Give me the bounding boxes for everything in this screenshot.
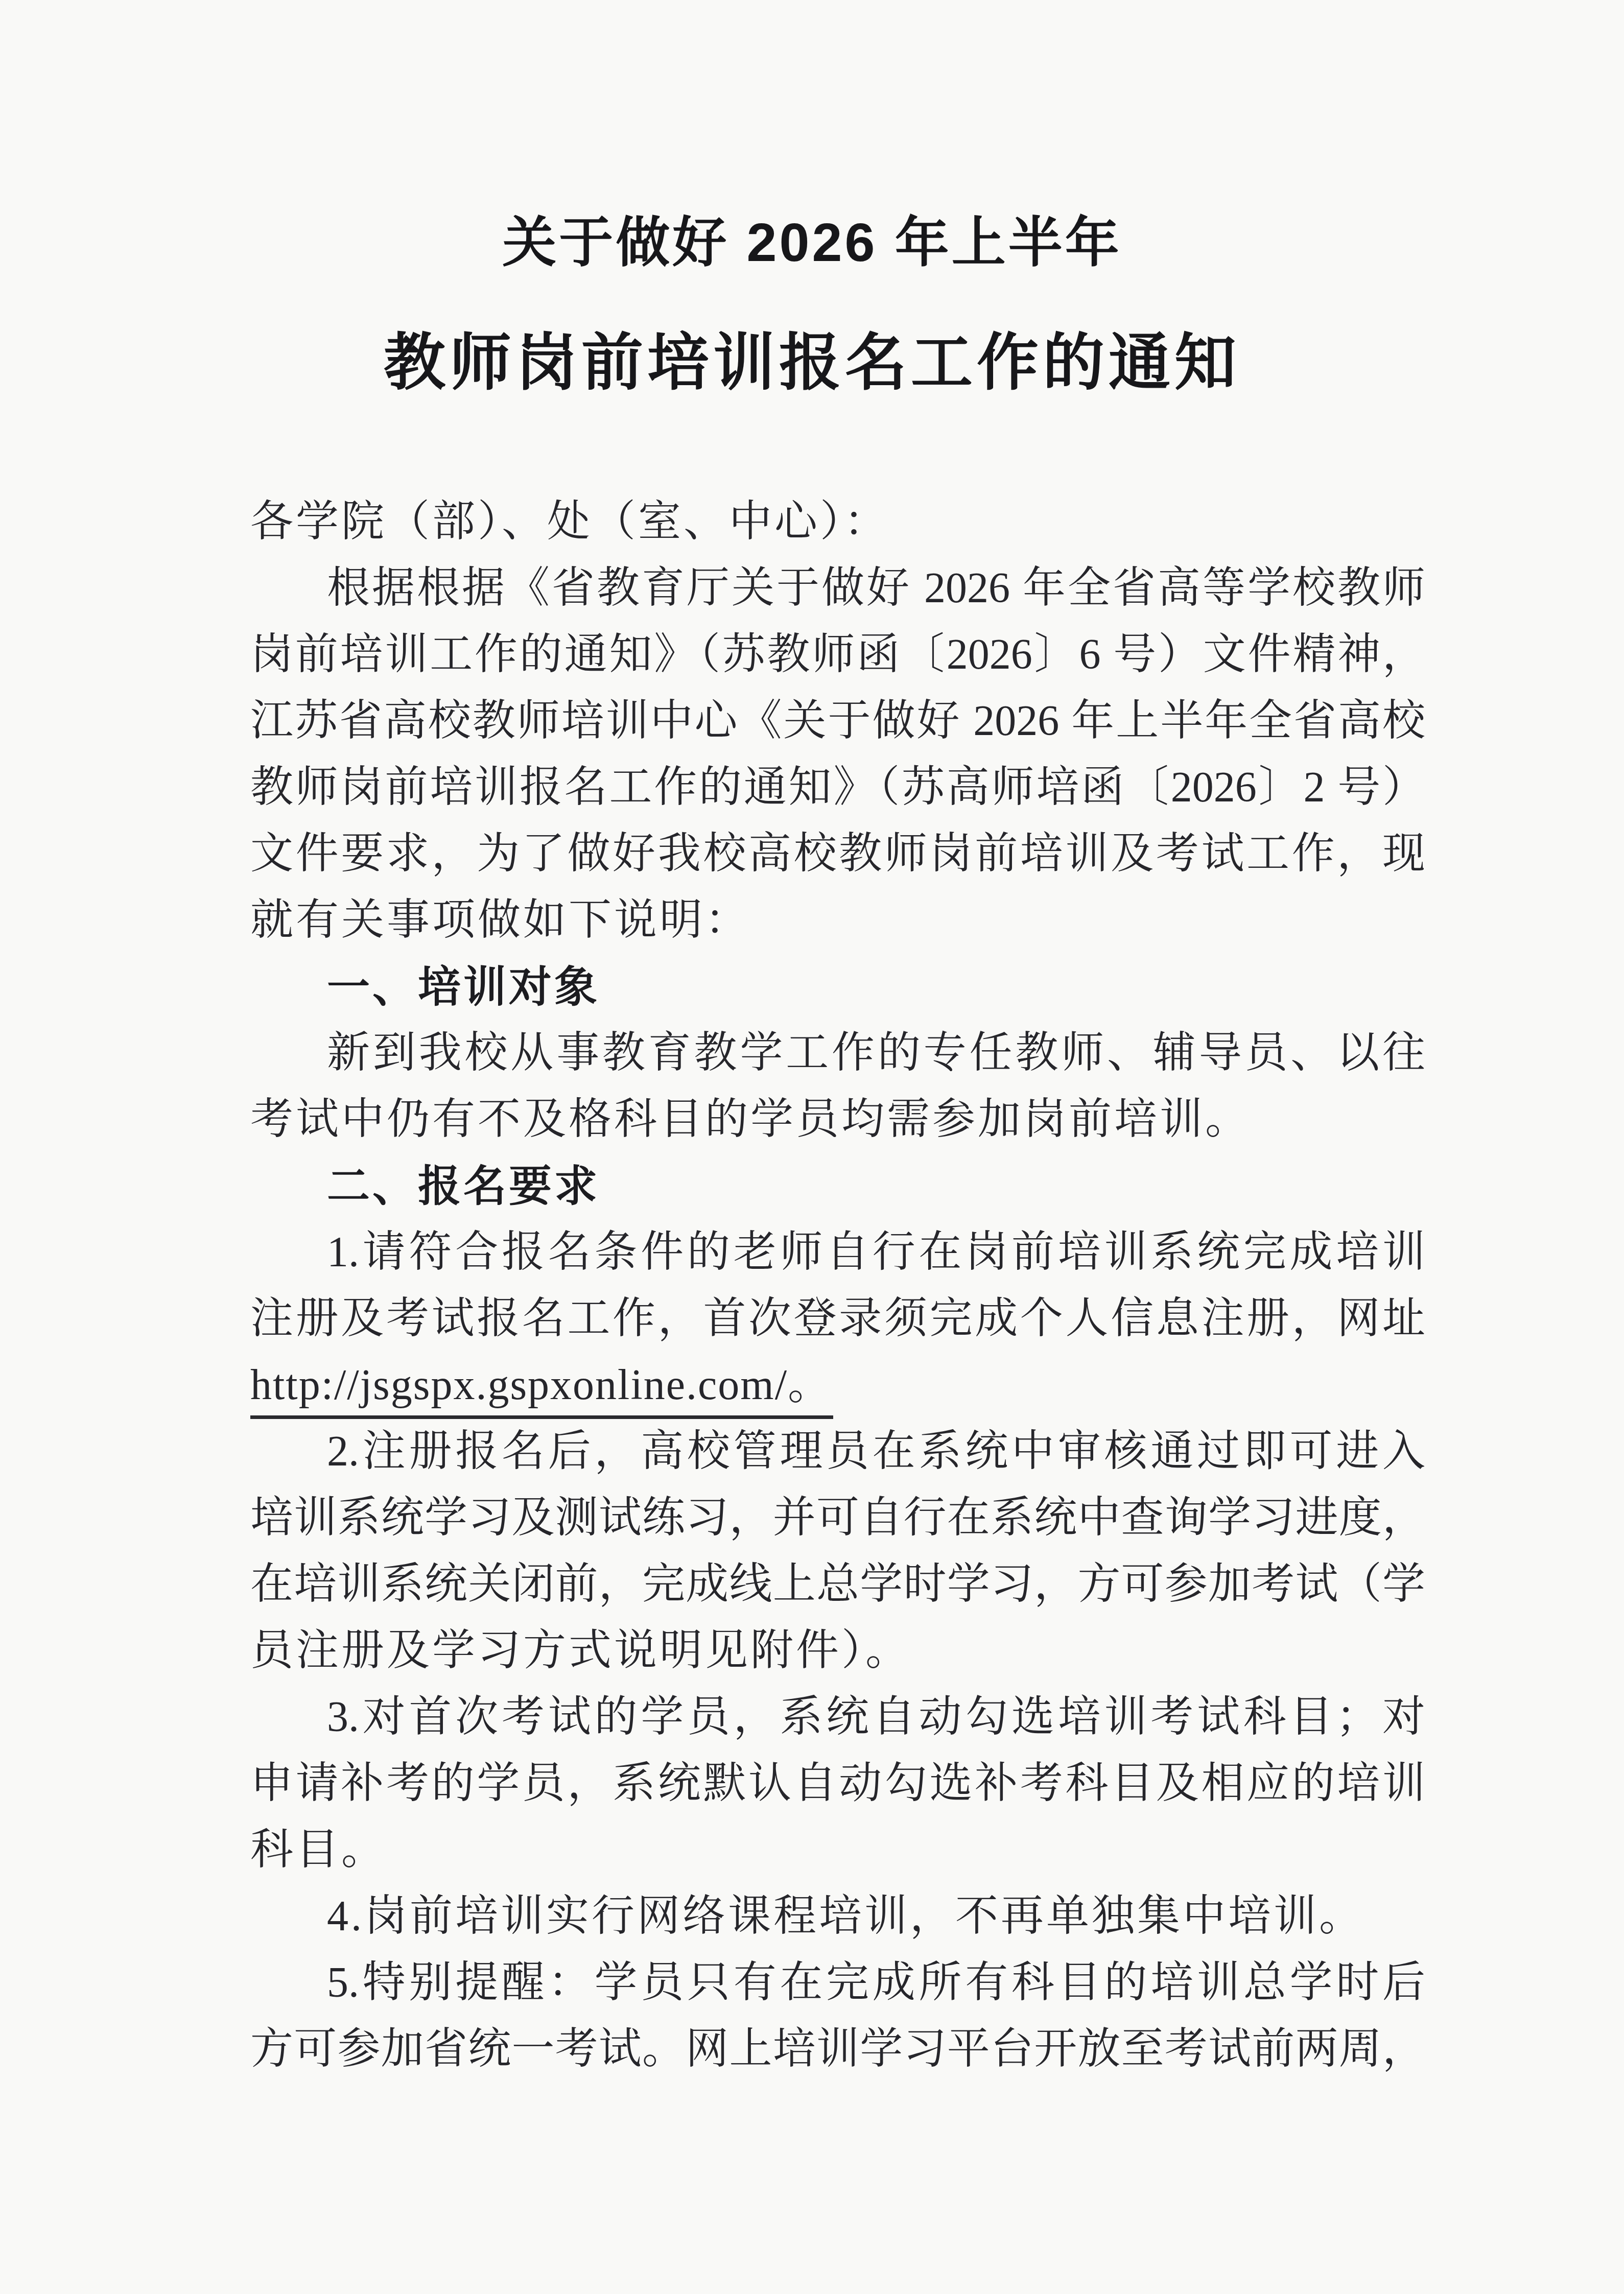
paragraph-line: 教师岗前培训报名工作的通知》（苏高师培函〔2026〕2 号） [250, 754, 1425, 821]
paragraph-line: 新到我校从事教育教学工作的专任教师、辅导员、以往 [250, 1020, 1425, 1086]
paragraph-line: 在培训系统关闭前，完成线上总学时学习，方可参加考试（学 [250, 1551, 1425, 1618]
paragraph-line: 3.对首次考试的学员，系统自动勾选培训考试科目；对 [250, 1684, 1425, 1751]
paragraph-line: 1.请符合报名条件的老师自行在岗前培训系统完成培训 [250, 1219, 1425, 1286]
document-page: 关于做好 2026 年上半年 教师岗前培训报名工作的通知 各学院（部）、处（室、… [0, 0, 1624, 2294]
paragraph-line: 4.岗前培训实行网络课程培训，不再单独集中培训。 [250, 1883, 1425, 1950]
paragraph-line: 培训系统学习及测试练习，并可自行在系统中查询学习进度， [250, 1485, 1425, 1551]
paragraph-line: 科目。 [250, 1817, 1425, 1883]
paragraph-line: 根据根据《省教育厅关于做好 2026 年全省高等学校教师 [250, 555, 1425, 622]
salutation-line: 各学院（部）、处（室、中心）： [250, 489, 1425, 555]
paragraph-line: 申请补考的学员，系统默认自动勾选补考科目及相应的培训 [250, 1751, 1425, 1817]
registration-url: http://jsgspx.gspxonline.com/ [250, 1361, 788, 1409]
document-body: 各学院（部）、处（室、中心）： 根据根据《省教育厅关于做好 2026 年全省高等… [250, 489, 1425, 2083]
section-heading-training-targets: 一、培训对象 [250, 954, 1425, 1020]
document-title-line-1: 关于做好 2026 年上半年 [0, 0, 1624, 278]
url-line: http://jsgspx.gspxonline.com/。 [250, 1352, 1425, 1418]
registration-url-underline: http://jsgspx.gspxonline.com/。 [250, 1357, 833, 1419]
paragraph-line: 注册及考试报名工作，首次登录须完成个人信息注册，网址 [250, 1286, 1425, 1352]
paragraph-line: 5.特别提醒：学员只有在完成所有科目的培训总学时后 [250, 1950, 1425, 2016]
paragraph-line: 考试中仍有不及格科目的学员均需参加岗前培训。 [250, 1086, 1425, 1153]
url-period: 。 [788, 1361, 833, 1409]
paragraph-line: 2.注册报名后，高校管理员在系统中审核通过即可进入 [250, 1418, 1425, 1485]
paragraph-line: 江苏省高校教师培训中心《关于做好 2026 年上半年全省高校 [250, 688, 1425, 754]
paragraph-line: 就有关事项做如下说明： [250, 887, 1425, 954]
document-title-line-2: 教师岗前培训报名工作的通知 [0, 278, 1624, 399]
paragraph-line: 方可参加省统一考试。网上培训学习平台开放至考试前两周， [250, 2016, 1425, 2083]
paragraph-line: 岗前培训工作的通知》（苏教师函〔2026〕6 号）文件精神， [250, 622, 1425, 688]
paragraph-line: 员注册及学习方式说明见附件）。 [250, 1618, 1425, 1684]
paragraph-line: 文件要求，为了做好我校高校教师岗前培训及考试工作，现 [250, 821, 1425, 887]
section-heading-registration-requirements: 二、报名要求 [250, 1153, 1425, 1219]
